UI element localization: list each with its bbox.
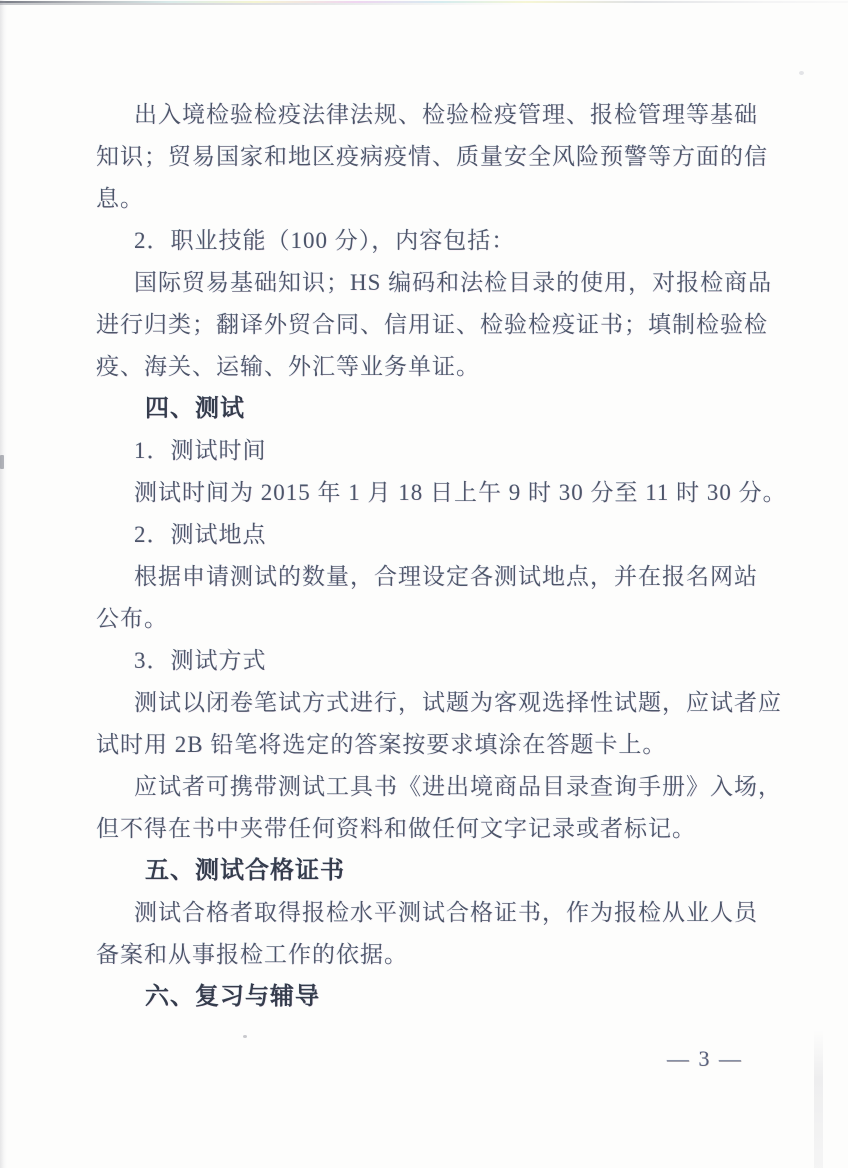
text-line: 国际贸易基础知识；HS 编码和法检目录的使用，对报检商品	[96, 262, 751, 304]
document-page: 出入境检验检疫法律法规、检验检疫管理、报检管理等基础知识；贸易国家和地区疫病疫情…	[0, 0, 848, 1168]
text-line: 根据申请测试的数量，合理设定各测试地点，并在报名网站	[96, 556, 751, 598]
section-heading: 四、测试	[96, 388, 751, 430]
text-line: 出入境检验检疫法律法规、检验检疫管理、报检管理等基础	[96, 94, 751, 136]
text-line: 备案和从事报检工作的依据。	[96, 934, 751, 976]
text-line: 息。	[96, 178, 751, 220]
text-line: 3．测试方式	[96, 640, 751, 682]
section-heading: 六、复习与辅导	[96, 976, 751, 1018]
scan-speck	[243, 1035, 247, 1038]
text-line: 但不得在书中夹带任何资料和做任何文字记录或者标记。	[96, 808, 751, 850]
text-line: 测试合格者取得报检水平测试合格证书，作为报检从业人员	[96, 892, 751, 934]
scan-artifact-right-streak	[814, 1030, 823, 1168]
text-line: 疫、海关、运输、外汇等业务单证。	[96, 346, 751, 388]
document-body: 出入境检验检疫法律法规、检验检疫管理、报检管理等基础知识；贸易国家和地区疫病疫情…	[96, 94, 751, 1018]
text-line: 应试者可携带测试工具书《进出境商品目录查询手册》入场，	[96, 766, 751, 808]
scan-speck	[799, 71, 804, 75]
text-line: 公布。	[96, 598, 751, 640]
page-number: — 3 —	[655, 1038, 755, 1080]
text-line: 试时用 2B 铅笔将选定的答案按要求填涂在答题卡上。	[96, 724, 751, 766]
text-line: 知识；贸易国家和地区疫病疫情、质量安全风险预警等方面的信	[96, 136, 751, 178]
text-line: 2．职业技能（100 分），内容包括：	[96, 220, 751, 262]
text-line: 进行归类；翻译外贸合同、信用证、检验检疫证书；填制检验检	[96, 304, 751, 346]
text-line: 测试时间为 2015 年 1 月 18 日上午 9 时 30 分至 11 时 3…	[96, 472, 751, 514]
text-line: 2．测试地点	[96, 514, 751, 556]
text-line: 1．测试时间	[96, 430, 751, 472]
scan-artifact-left-tick	[0, 455, 4, 469]
scan-artifact-left-edge	[0, 0, 7, 1168]
text-line: 测试以闭卷笔试方式进行，试题为客观选择性试题，应试者应	[96, 682, 751, 724]
section-heading: 五、测试合格证书	[96, 850, 751, 892]
scan-artifact-top-edge-shadow	[0, 3, 526, 5]
